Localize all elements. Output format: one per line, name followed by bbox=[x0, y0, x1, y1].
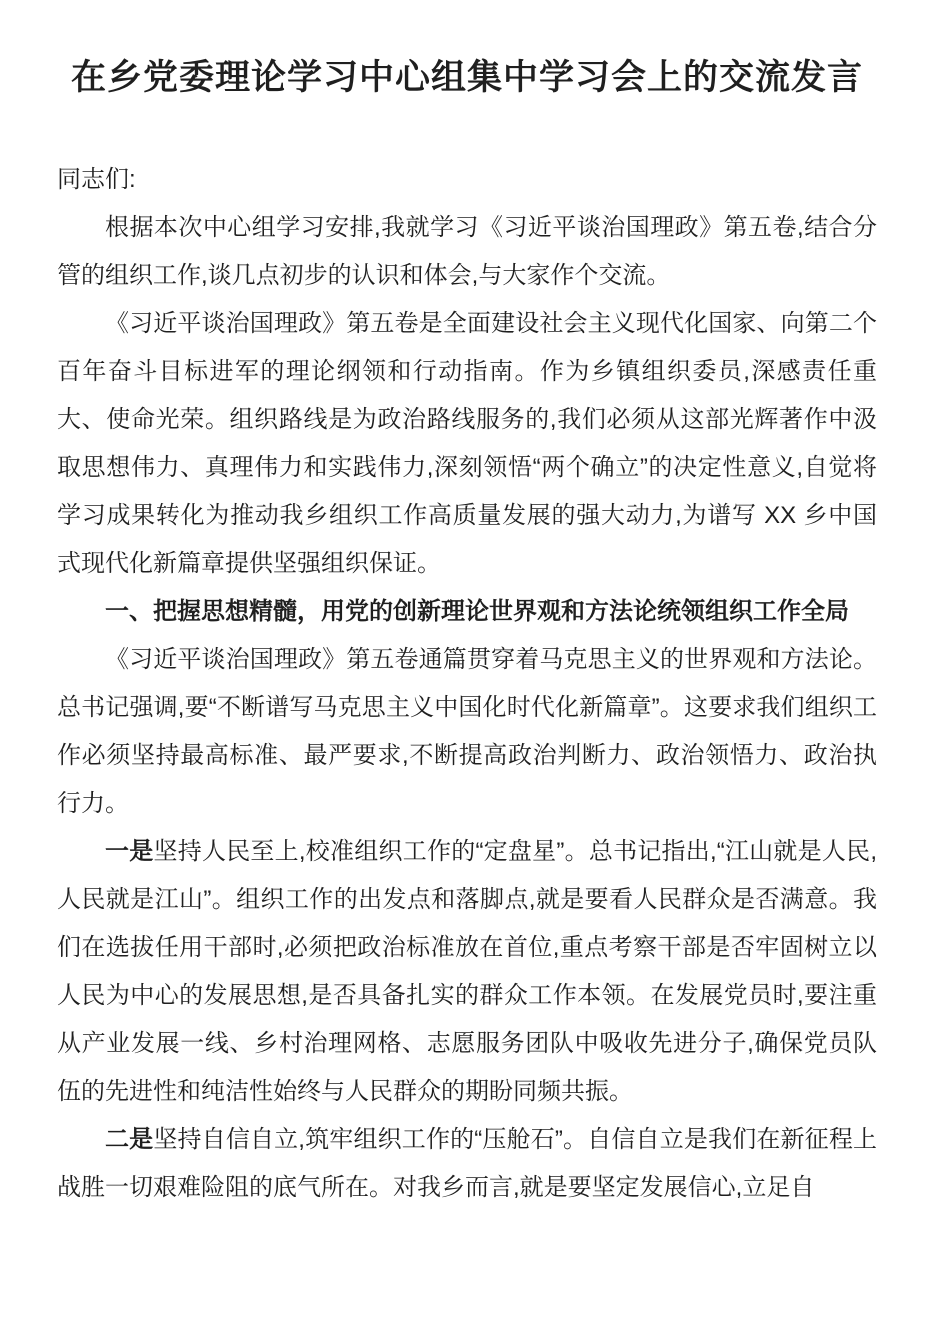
paragraph-lead: 二是 bbox=[105, 1126, 153, 1153]
paragraph: 二是坚持自信自立,筑牢组织工作的“压舱石”。自信自立是我们在新征程上战胜一切艰难… bbox=[57, 1116, 877, 1212]
document-page: 在乡党委理论学习中心组集中学习会上的交流发言 同志们: 根据本次中心组学习安排,… bbox=[0, 0, 950, 1344]
paragraph-text: 《习近平谈治国理政》第五卷通篇贯穿着马克思主义的世界观和方法论。总书记强调,要“… bbox=[57, 646, 877, 817]
paragraph: 一是坚持人民至上,校准组织工作的“定盘星”。总书记指出,“江山就是人民,人民就是… bbox=[57, 828, 877, 1116]
document-body: 同志们: 根据本次中心组学习安排,我就学习《习近平谈治国理政》第五卷,结合分管的… bbox=[57, 156, 877, 1212]
paragraph: 根据本次中心组学习安排,我就学习《习近平谈治国理政》第五卷,结合分管的组织工作,… bbox=[57, 204, 877, 300]
paragraph: 《习近平谈治国理政》第五卷通篇贯穿着马克思主义的世界观和方法论。总书记强调,要“… bbox=[57, 636, 877, 828]
paragraph-text: 坚持人民至上,校准组织工作的“定盘星”。总书记指出,“江山就是人民,人民就是江山… bbox=[57, 838, 877, 1105]
paragraph-text: 根据本次中心组学习安排,我就学习《习近平谈治国理政》第五卷,结合分管的组织工作,… bbox=[57, 214, 877, 289]
document-title: 在乡党委理论学习中心组集中学习会上的交流发言 bbox=[57, 56, 877, 100]
salutation: 同志们: bbox=[57, 156, 877, 204]
paragraph-text: 坚持自信自立,筑牢组织工作的“压舱石”。自信自立是我们在新征程上战胜一切艰难险阻… bbox=[57, 1126, 877, 1201]
paragraph-lead: 一是 bbox=[105, 838, 153, 865]
paragraph-text: 《习近平谈治国理政》第五卷是全面建设社会主义现代化国家、向第二个百年奋斗目标进军… bbox=[57, 310, 877, 577]
paragraph: 《习近平谈治国理政》第五卷是全面建设社会主义现代化国家、向第二个百年奋斗目标进军… bbox=[57, 300, 877, 588]
section-heading: 一、把握思想精髓，用党的创新理论世界观和方法论统领组织工作全局 bbox=[57, 588, 877, 636]
